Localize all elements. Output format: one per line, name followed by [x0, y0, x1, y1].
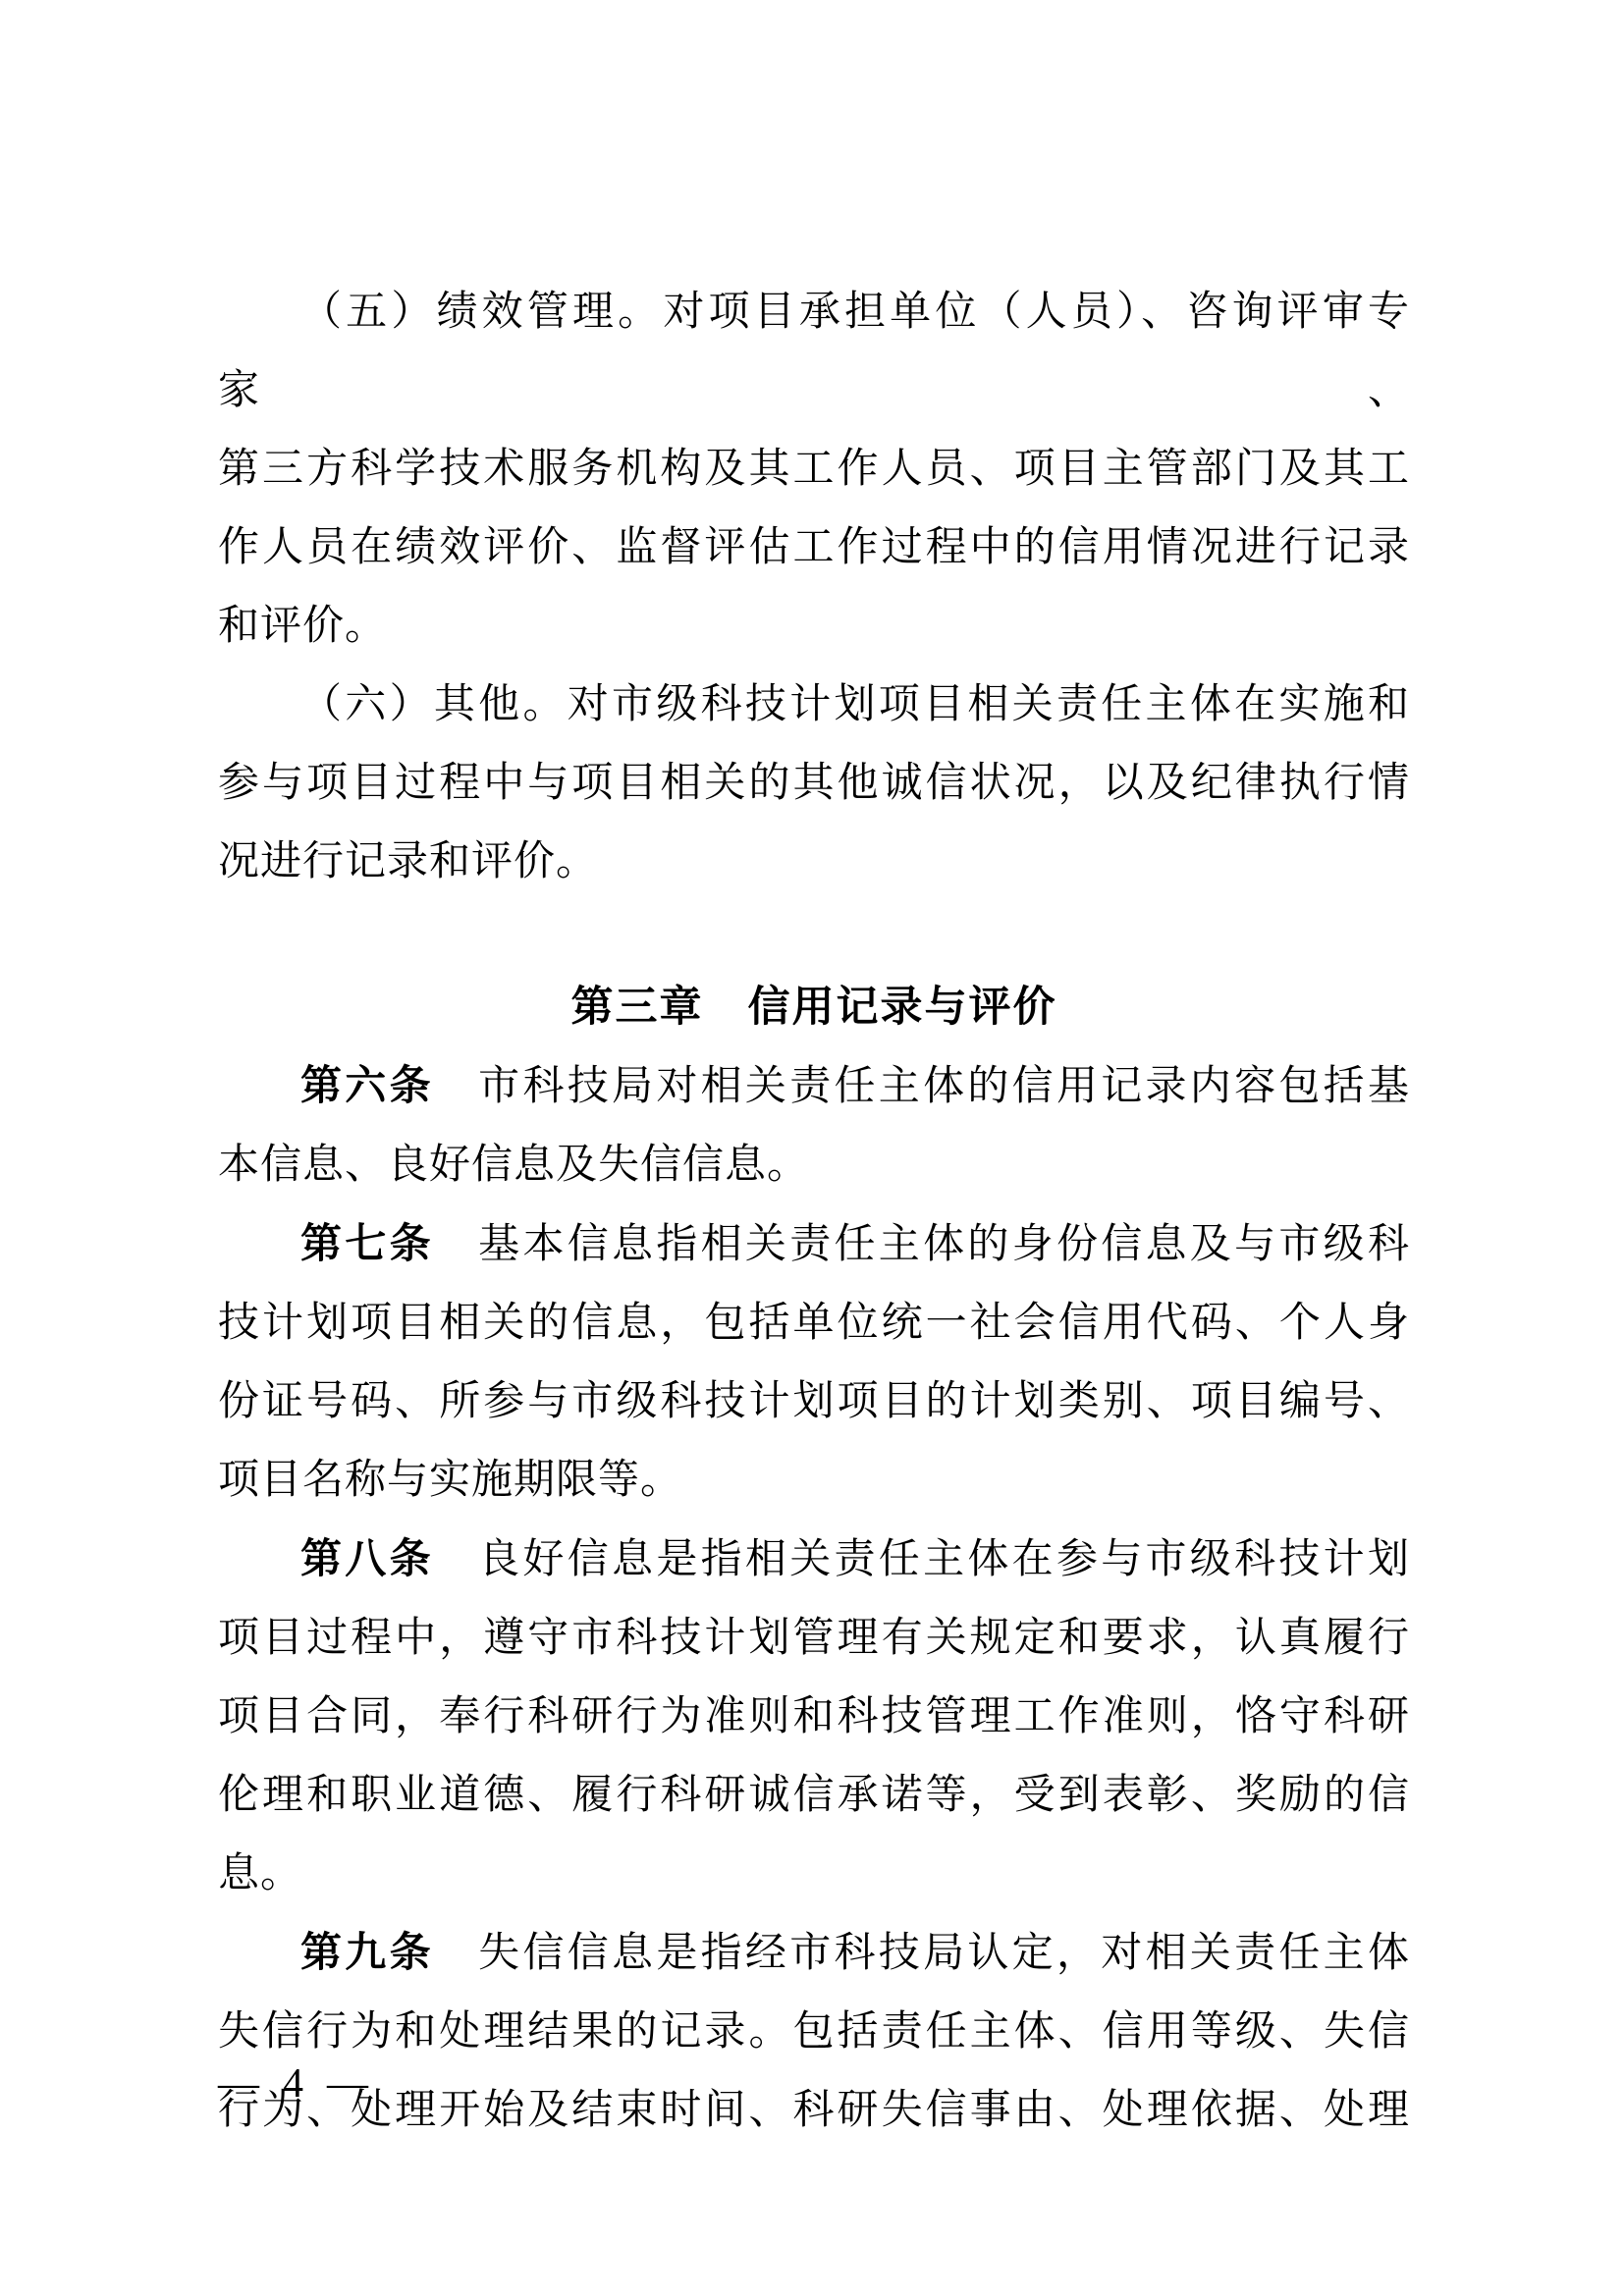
page-footer: — 4 —	[218, 2056, 368, 2111]
text-segment: 项目过程中，遵守市科技计划管理有关规定和要求，认真履行	[218, 1616, 1410, 1661]
article-label: 第八条	[300, 1535, 434, 1581]
text-line: 第七条 基本信息指相关责任主体的身份信息及与市级科	[218, 1204, 1410, 1284]
text-line: 技计划项目相关的信息，包括单位统一社会信用代码、个人身	[218, 1284, 1410, 1362]
text-segment: 良好信息是指相关责任主体在参与市级科技计划	[434, 1537, 1410, 1582]
paragraph-spacer	[218, 901, 1410, 968]
text-segment: 作人员在绩效评价、监督评估工作过程中的信用情况进行记录	[218, 525, 1410, 570]
article-8-paragraph: 第八条 良好信息是指相关责任主体在参与市级科技计划项目过程中，遵守市科技计划管理…	[218, 1520, 1410, 1913]
clause-6-paragraph: （六）其他。对市级科技计划项目相关责任主体在实施和参与项目过程中与项目相关的其他…	[218, 666, 1410, 901]
text-line: （六）其他。对市级科技计划项目相关责任主体在实施和	[218, 666, 1410, 744]
text-segment: 失信信息是指经市科技局认定，对相关责任主体	[434, 1931, 1410, 1976]
text-line: 第九条 失信信息是指经市科技局认定，对相关责任主体	[218, 1913, 1410, 1993]
footer-dash-left: —	[218, 2056, 259, 2111]
text-line: 作人员在绩效评价、监督评估工作过程中的信用情况进行记录	[218, 508, 1410, 587]
document-page: （五）绩效管理。对项目承担单位（人员）、咨询评审专家、第三方科学技术服务机构及其…	[0, 0, 1624, 2296]
text-line: 本信息、良好信息及失信信息。	[218, 1126, 1410, 1204]
text-segment: 基本信息指相关责任主体的身份信息及与市级科	[434, 1222, 1410, 1267]
article-label: 第七条	[300, 1220, 434, 1266]
text-line: 项目名称与实施期限等。	[218, 1441, 1410, 1520]
text-segment: 息。	[218, 1851, 302, 1896]
text-line: 息。	[218, 1835, 1410, 1913]
text-segment: 项目名称与实施期限等。	[218, 1458, 682, 1503]
text-line: 失信行为和处理结果的记录。包括责任主体、信用等级、失信	[218, 1993, 1410, 2071]
text-segment: 技计划项目相关的信息，包括单位统一社会信用代码、个人身	[218, 1301, 1410, 1346]
article-label: 第六条	[300, 1062, 434, 1108]
text-line: （五）绩效管理。对项目承担单位（人员）、咨询评审专家、	[218, 273, 1410, 430]
chapter-3-heading: 第三章 信用记录与评价	[218, 968, 1410, 1046]
page-number: 4	[283, 2056, 303, 2111]
text-line: 项目过程中，遵守市科技计划管理有关规定和要求，认真履行	[218, 1599, 1410, 1678]
text-segment: 和评价。	[218, 604, 387, 649]
text-line: 伦理和职业道德、履行科研诚信承诺等，受到表彰、奖励的信	[218, 1756, 1410, 1835]
text-segment: 况进行记录和评价。	[218, 839, 598, 884]
text-segment: 失信行为和处理结果的记录。包括责任主体、信用等级、失信	[218, 2009, 1410, 2055]
article-7-paragraph: 第七条 基本信息指相关责任主体的身份信息及与市级科技计划项目相关的信息，包括单位…	[218, 1204, 1410, 1520]
text-line: 第八条 良好信息是指相关责任主体在参与市级科技计划	[218, 1520, 1410, 1599]
text-line: 第六条 市科技局对相关责任主体的信用记录内容包括基	[218, 1046, 1410, 1126]
article-9-paragraph: 第九条 失信信息是指经市科技局认定，对相关责任主体失信行为和处理结果的记录。包括…	[218, 1913, 1410, 2150]
text-line: 项目合同，奉行科研行为准则和科技管理工作准则，恪守科研	[218, 1678, 1410, 1756]
text-line: 参与项目过程中与项目相关的其他诚信状况，以及纪律执行情	[218, 744, 1410, 823]
text-segment: 份证号码、所参与市级科技计划项目的计划类别、项目编号、	[218, 1379, 1410, 1424]
text-segment: 项目合同，奉行科研行为准则和科技管理工作准则，恪守科研	[218, 1694, 1410, 1739]
text-segment: 行为、处理开始及结束时间、科研失信事由、处理依据、处理	[218, 2088, 1410, 2133]
article-6-paragraph: 第六条 市科技局对相关责任主体的信用记录内容包括基本信息、良好信息及失信信息。	[218, 1046, 1410, 1204]
footer-dash-right: —	[327, 2056, 368, 2111]
text-line: 况进行记录和评价。	[218, 823, 1410, 901]
text-segment: （五）绩效管理。对项目承担单位（人员）、咨询评审专家、	[218, 290, 1410, 413]
text-line: 和评价。	[218, 587, 1410, 666]
clause-5-paragraph: （五）绩效管理。对项目承担单位（人员）、咨询评审专家、第三方科学技术服务机构及其…	[218, 273, 1410, 666]
text-line: 第三方科学技术服务机构及其工作人员、项目主管部门及其工	[218, 430, 1410, 508]
text-line: 份证号码、所参与市级科技计划项目的计划类别、项目编号、	[218, 1362, 1410, 1441]
text-segment: 第三方科学技术服务机构及其工作人员、项目主管部门及其工	[218, 447, 1410, 492]
text-segment: （六）其他。对市级科技计划项目相关责任主体在实施和	[300, 682, 1410, 727]
text-segment: 伦理和职业道德、履行科研诚信承诺等，受到表彰、奖励的信	[218, 1773, 1410, 1818]
text-segment: 本信息、良好信息及失信信息。	[218, 1143, 809, 1188]
article-label: 第九条	[300, 1929, 434, 1975]
document-content: （五）绩效管理。对项目承担单位（人员）、咨询评审专家、第三方科学技术服务机构及其…	[218, 273, 1410, 2150]
text-line: 行为、处理开始及结束时间、科研失信事由、处理依据、处理	[218, 2071, 1410, 2150]
text-segment: 市科技局对相关责任主体的信用记录内容包括基	[434, 1064, 1410, 1109]
text-segment: 参与项目过程中与项目相关的其他诚信状况，以及纪律执行情	[218, 761, 1410, 806]
